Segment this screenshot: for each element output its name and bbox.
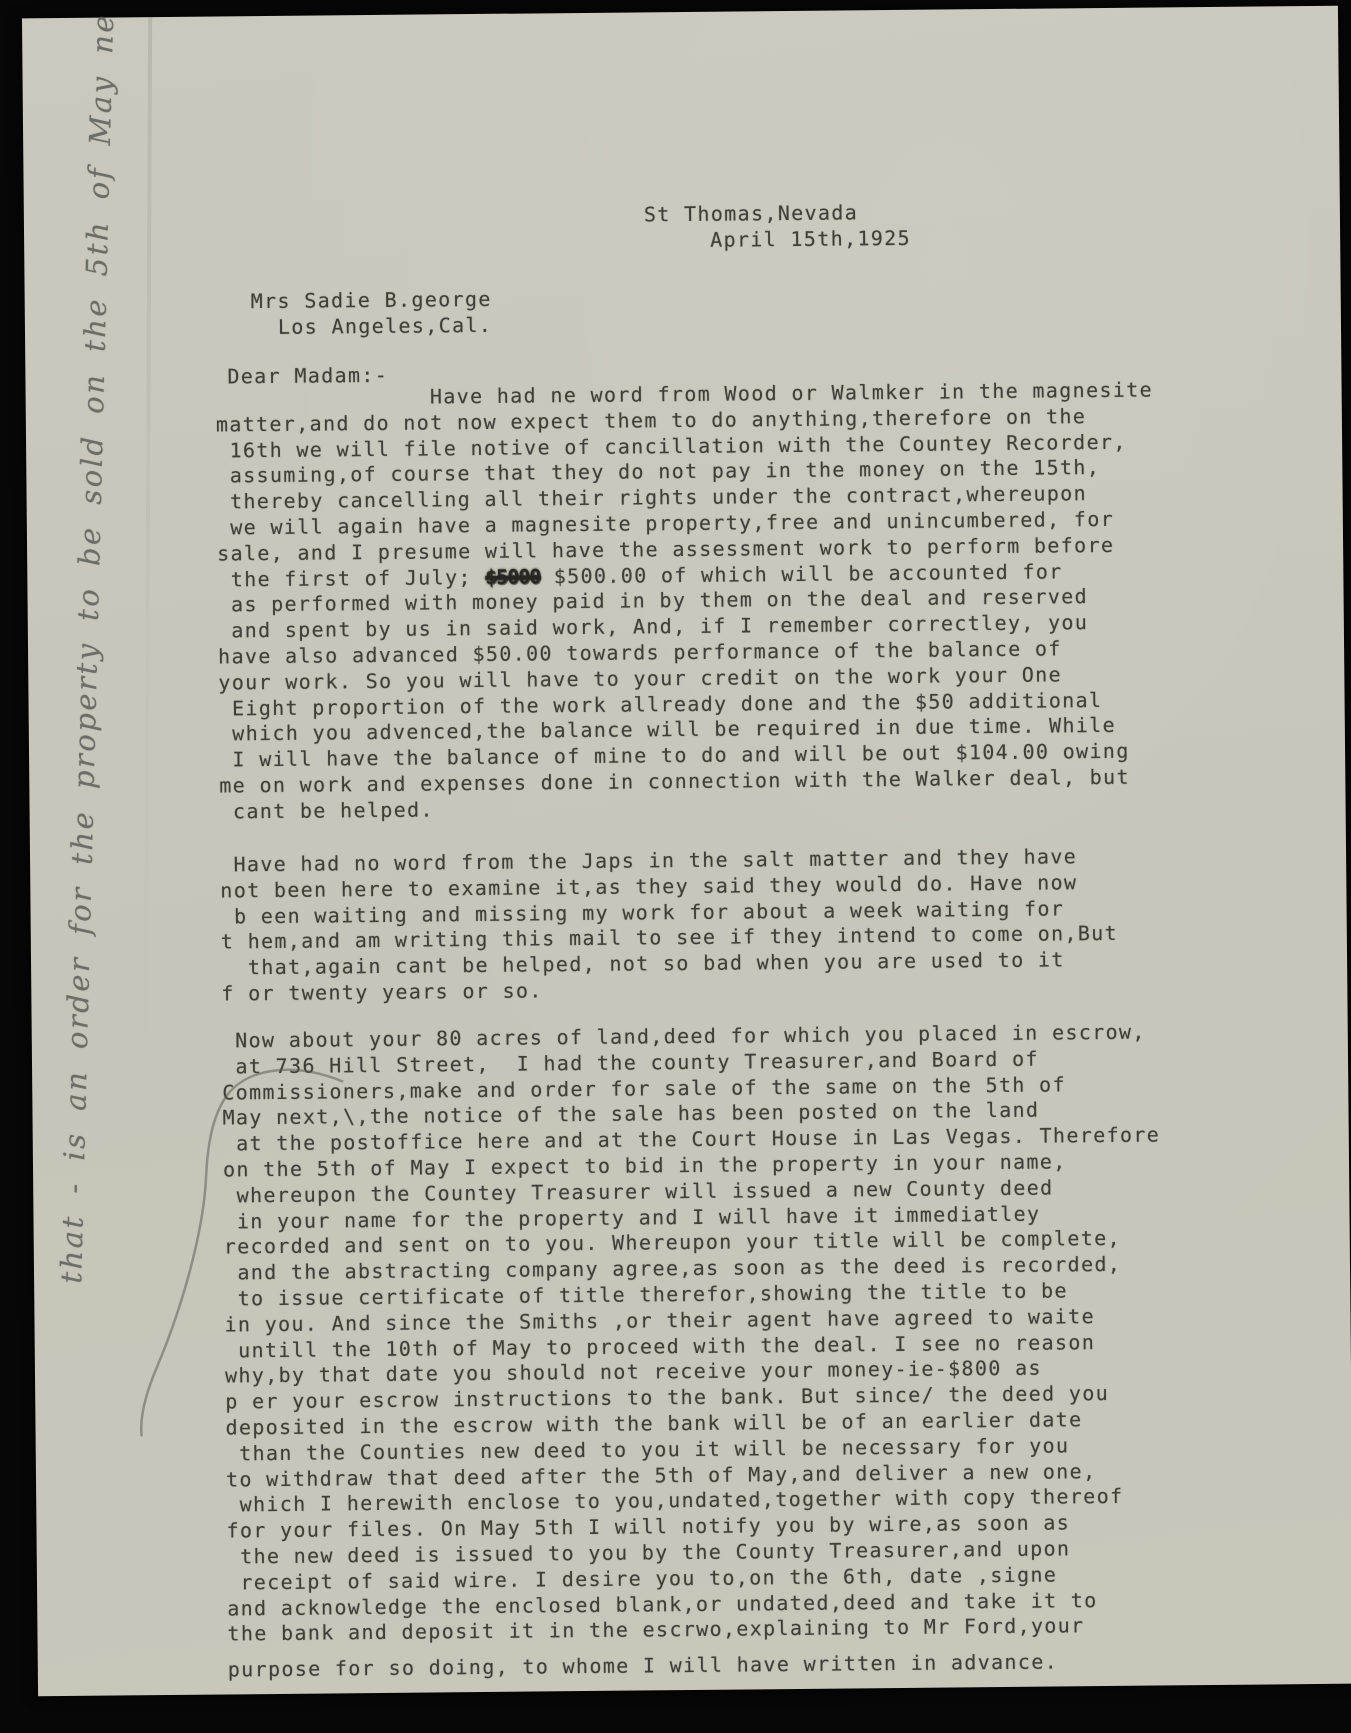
paragraph-magnesite: Have had ne word from Wood or Walmker in… [216, 378, 1158, 826]
paragraph-salt-matter: Have had no word from the Japs in the sa… [220, 844, 1119, 1007]
paragraph-land-sale: Now about your 80 acres of land,deed for… [222, 1019, 1166, 1683]
line-prefix: the first of July; [217, 565, 485, 592]
recipient-name: Mrs Sadie B.george [251, 287, 492, 313]
margin-note-handwriting: that - is an order for the property to b… [54, 1283, 94, 1287]
letter-page: St Thomas,Nevada April 15th,1925 Mrs Sad… [22, 6, 1351, 1697]
margin-note-text: that - is an order for the property to b… [54, 68, 127, 1284]
dateline-place: St Thomas,Nevada [644, 200, 858, 226]
struck-text: $5000 [485, 564, 540, 589]
dateline-date: April 15th,1925 [710, 226, 911, 252]
recipient-city: Los Angeles,Cal. [278, 313, 492, 339]
scan-background: { "page": { "background_color": "#070707… [0, 0, 1351, 1733]
line-suffix: $500.00 of which will be accounted for [540, 559, 1062, 588]
letter-line: purpose for so doing, to whome I will ha… [228, 1649, 1166, 1684]
